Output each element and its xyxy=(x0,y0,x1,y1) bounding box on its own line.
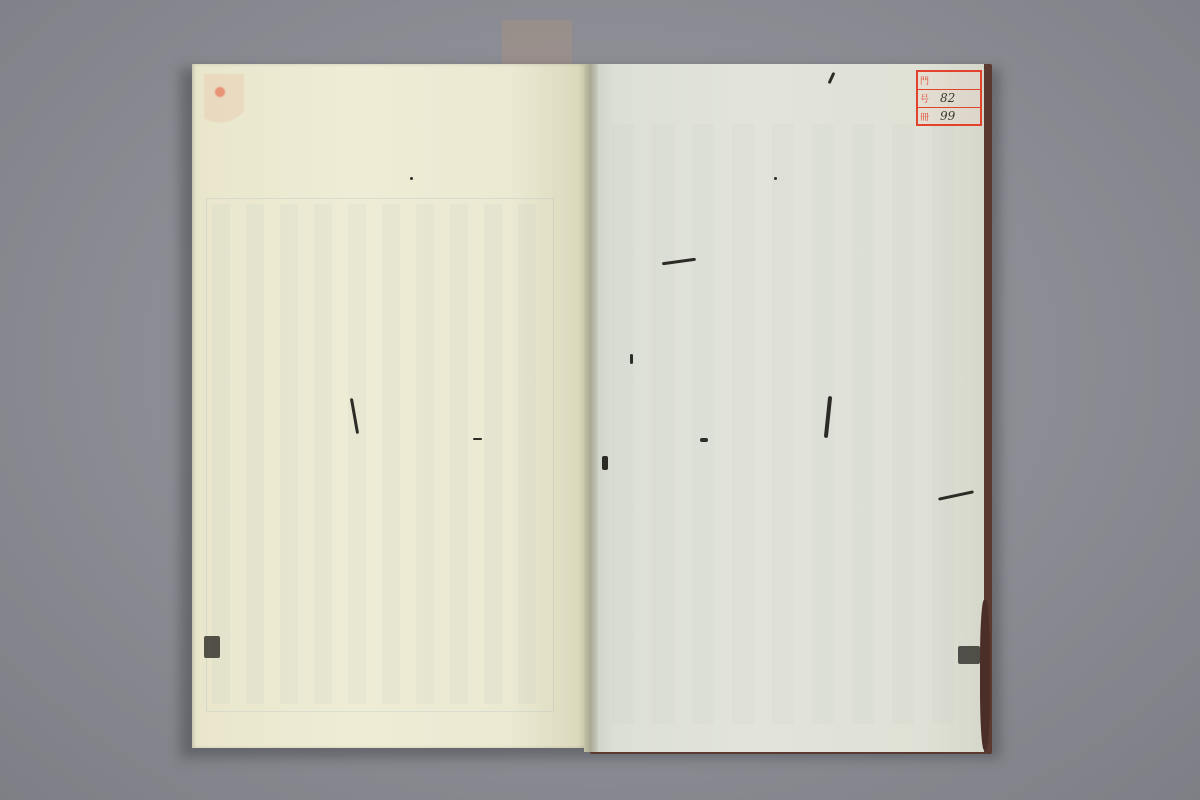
speck xyxy=(410,177,413,180)
print-frame xyxy=(206,198,554,712)
show-through-text xyxy=(612,124,962,724)
wormhole xyxy=(602,456,608,470)
stamp-label: 冊 xyxy=(920,110,929,123)
right-page xyxy=(592,64,984,752)
speck xyxy=(774,177,777,180)
wormhole xyxy=(700,438,708,442)
worn-edge xyxy=(980,600,990,750)
stamp-label: 門 xyxy=(920,74,929,87)
stamp-row: 門 xyxy=(918,72,980,90)
library-call-number-stamp: 門 号 82 冊 99 xyxy=(916,70,982,126)
stamp-value: 82 xyxy=(940,91,955,105)
stamp-row: 号 82 xyxy=(918,90,980,108)
wormhole xyxy=(204,636,220,658)
book-gutter xyxy=(584,64,598,752)
stamp-value: 99 xyxy=(940,109,955,123)
wormhole xyxy=(630,354,633,364)
stamp-label: 号 xyxy=(920,92,929,105)
wormhole xyxy=(473,438,482,440)
faded-seal xyxy=(204,74,244,134)
wormhole xyxy=(958,646,980,664)
stamp-row: 冊 99 xyxy=(918,108,980,125)
left-page xyxy=(192,64,590,748)
